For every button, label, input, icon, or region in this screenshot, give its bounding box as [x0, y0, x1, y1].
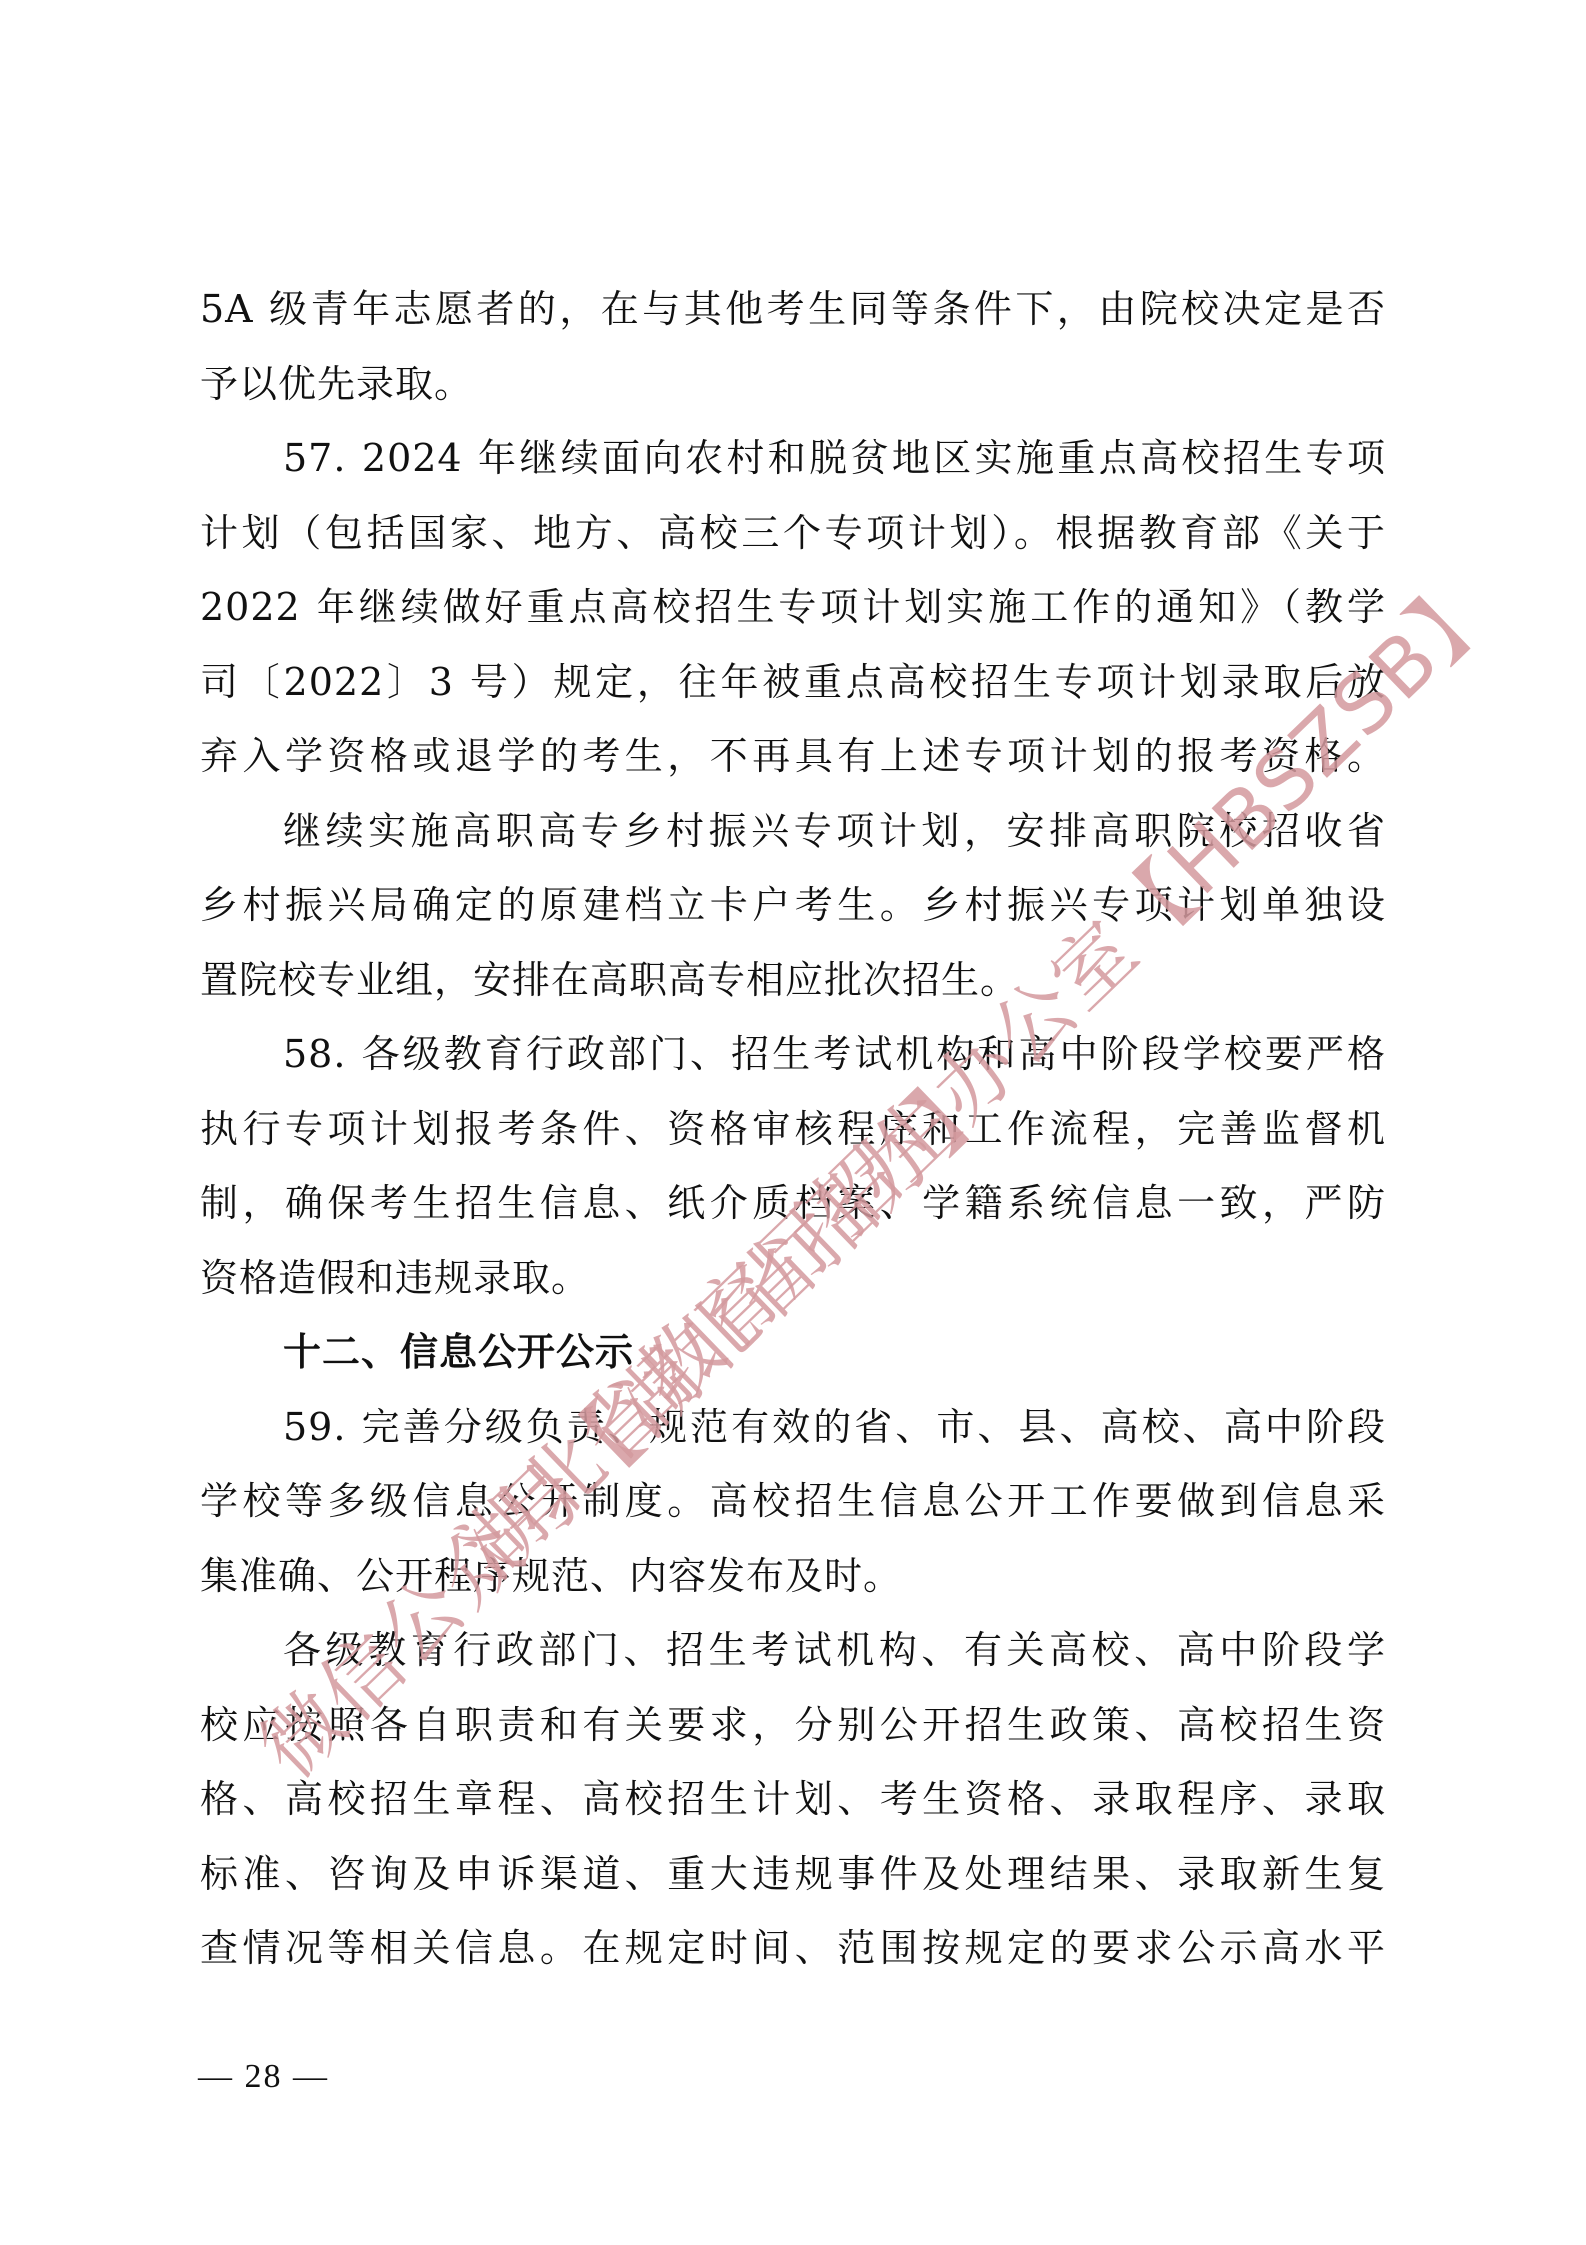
- document-page: 5A 级青年志愿者的，在与其他考生同等条件下，由院校决定是否 予以优先录取。 5…: [0, 0, 1586, 2245]
- paragraph-59-start: 59. 完善分级负责、规范有效的省、市、县、高校、高中阶段: [200, 1390, 1386, 1465]
- text-line: 集准确、公开程序规范、内容发布及时。: [200, 1539, 1386, 1614]
- text-line: 2022 年继续做好重点高校招生专项计划实施工作的通知》（教学: [200, 570, 1386, 645]
- paragraph-start: 各级教育行政部门、招生考试机构、有关高校、高中阶段学: [200, 1613, 1386, 1688]
- text-line: 执行专项计划报考条件、资格审核程序和工作流程，完善监督机: [200, 1092, 1386, 1167]
- text-line: 计划（包括国家、地方、高校三个专项计划）。根据教育部《关于: [200, 496, 1386, 571]
- text-line: 乡村振兴局确定的原建档立卡户考生。乡村振兴专项计划单独设: [200, 868, 1386, 943]
- paragraph-start: 继续实施高职高专乡村振兴专项计划，安排高职院校招收省: [200, 794, 1386, 869]
- page-number: — 28 —: [198, 2058, 329, 2096]
- text-line: 查情况等相关信息。在规定时间、范围按规定的要求公示高水平: [200, 1911, 1386, 1986]
- text-line: 学校等多级信息公开制度。高校招生信息公开工作要做到信息采: [200, 1464, 1386, 1539]
- text-line: 制，确保考生招生信息、纸介质档案、学籍系统信息一致，严防: [200, 1166, 1386, 1241]
- text-line: 5A 级青年志愿者的，在与其他考生同等条件下，由院校决定是否: [200, 272, 1386, 347]
- section-heading: 十二、信息公开公示: [200, 1315, 1386, 1390]
- text-line: 格、高校招生章程、高校招生计划、考生资格、录取程序、录取: [200, 1762, 1386, 1837]
- text-line: 置院校专业组，安排在高职高专相应批次招生。: [200, 943, 1386, 1018]
- paragraph-58-start: 58. 各级教育行政部门、招生考试机构和高中阶段学校要严格: [200, 1017, 1386, 1092]
- body-text: 5A 级青年志愿者的，在与其他考生同等条件下，由院校决定是否 予以优先录取。 5…: [200, 272, 1386, 1986]
- text-line: 资格造假和违规录取。: [200, 1241, 1386, 1316]
- paragraph-57-start: 57. 2024 年继续面向农村和脱贫地区实施重点高校招生专项: [200, 421, 1386, 496]
- text-line: 标准、咨询及申诉渠道、重大违规事件及处理结果、录取新生复: [200, 1837, 1386, 1912]
- text-line: 校应按照各自职责和有关要求，分别公开招生政策、高校招生资: [200, 1688, 1386, 1763]
- text-line: 司〔2022〕3 号）规定，往年被重点高校招生专项计划录取后放: [200, 645, 1386, 720]
- text-line: 弃入学资格或退学的考生，不再具有上述专项计划的报考资格。: [200, 719, 1386, 794]
- text-line: 予以优先录取。: [200, 347, 1386, 422]
